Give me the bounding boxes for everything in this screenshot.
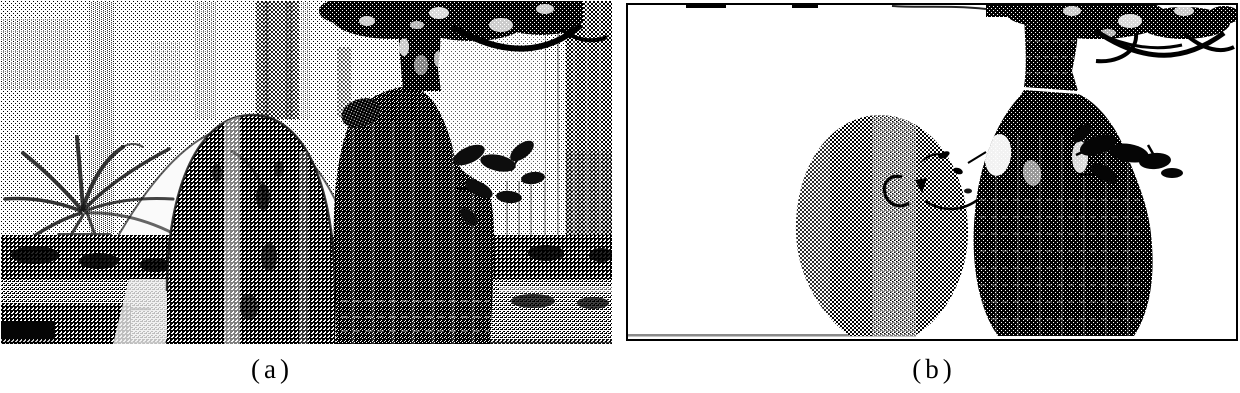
panel-b-caption: (b) — [834, 354, 1034, 385]
balloon-highlight — [224, 115, 240, 344]
two-panel-figure: (a) (b) — [0, 0, 1240, 393]
panel-a-photo — [1, 1, 612, 344]
panel-a-caption: (a) — [172, 354, 372, 385]
panel-b-image — [628, 5, 1236, 339]
panel-b-result — [626, 3, 1238, 341]
panel-a-image — [1, 1, 612, 344]
